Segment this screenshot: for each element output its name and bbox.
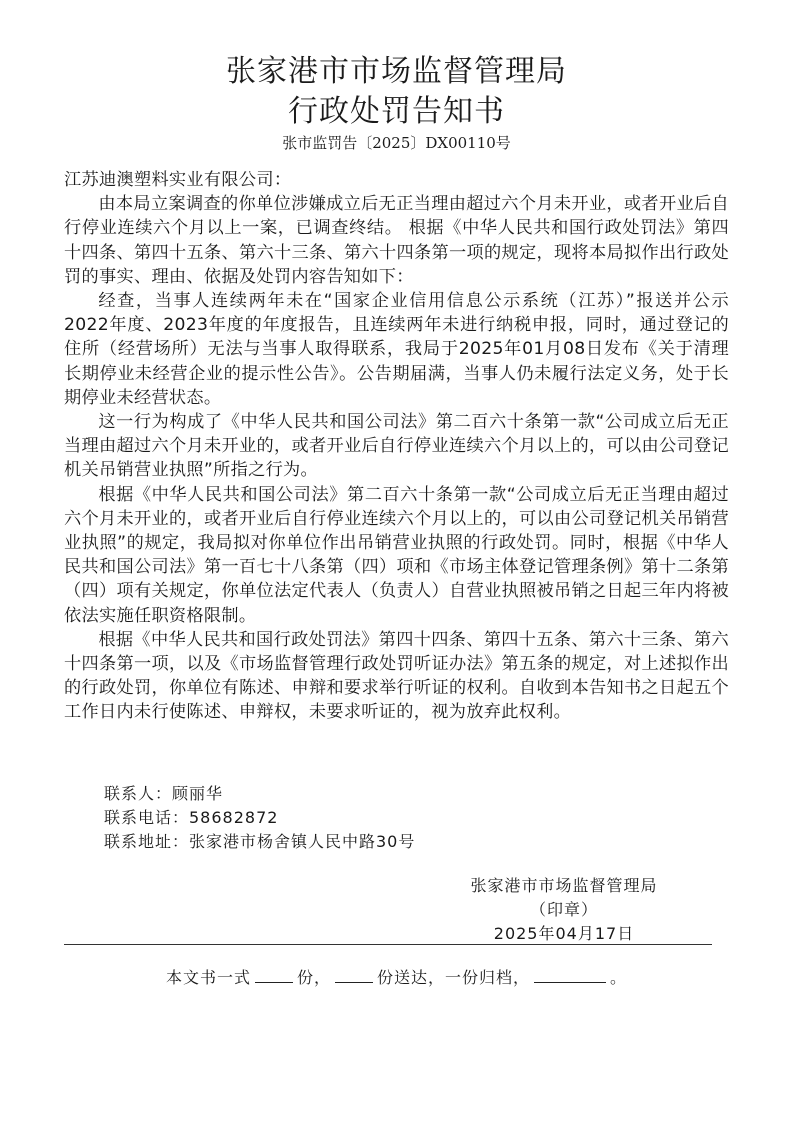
contact-person: 联系人：顾丽华 [104,782,415,806]
contact-address: 联系地址：张家港市杨舍镇人民中路30号 [104,830,415,854]
copies-text-2: 份， [297,968,331,987]
paragraph-rights: 根据《中华人民共和国行政处罚法》第四十四条、第四十五条、第六十三条、第六十四条第… [64,628,729,725]
paragraph-penalty: 根据《中华人民共和国公司法》第二百六十条第一款“公司成立后无正当理由超过六个月未… [64,483,729,628]
document-type-title: 行政处罚告知书 [0,92,793,132]
contact-info: 联系人：顾丽华 联系电话：58682872 联系地址：张家港市杨舍镇人民中路30… [104,782,415,854]
signature-agency: 张家港市市场监督管理局 [432,874,696,898]
copies-text-1: 本文书一式 [166,968,251,987]
document-number: 张市监罚告〔2025〕DX00110号 [0,133,793,153]
copies-text-3: 份送达，一份归档， [377,968,530,987]
signature-block: 张家港市市场监督管理局 （印章） 2025年04月17日 [432,874,696,946]
addressee: 江苏迪澳塑料实业有限公司： [64,168,729,192]
notice-body: 江苏迪澳塑料实业有限公司： 由本局立案调查的你单位涉嫌成立后无正当理由超过六个月… [64,168,729,725]
copies-text-4: 。 [610,968,627,987]
served-count-blank [335,968,373,983]
penalty-notice-page: 张家港市市场监督管理局 行政处罚告知书 张市监罚告〔2025〕DX00110号 … [0,0,793,1122]
signature-date: 2025年04月17日 [432,922,696,946]
signature-seal: （印章） [432,898,696,922]
paragraph-intro: 由本局立案调查的你单位涉嫌成立后无正当理由超过六个月未开业，或者开业后自行停业连… [64,192,729,289]
paragraph-violation: 这一行为构成了《中华人民共和国公司法》第二百六十条第一款“公司成立后无正当理由超… [64,410,729,483]
paragraph-facts: 经查，当事人连续两年未在“国家企业信用信息公示系统（江苏）”报送并公示2022年… [64,289,729,410]
agency-title: 张家港市市场监督管理局 [0,52,793,92]
copies-statement: 本文书一式份，份送达，一份归档，。 [0,966,793,990]
footer-divider [64,944,712,945]
archive-blank [534,968,606,983]
contact-phone: 联系电话：58682872 [104,806,415,830]
copies-count-blank [255,968,293,983]
